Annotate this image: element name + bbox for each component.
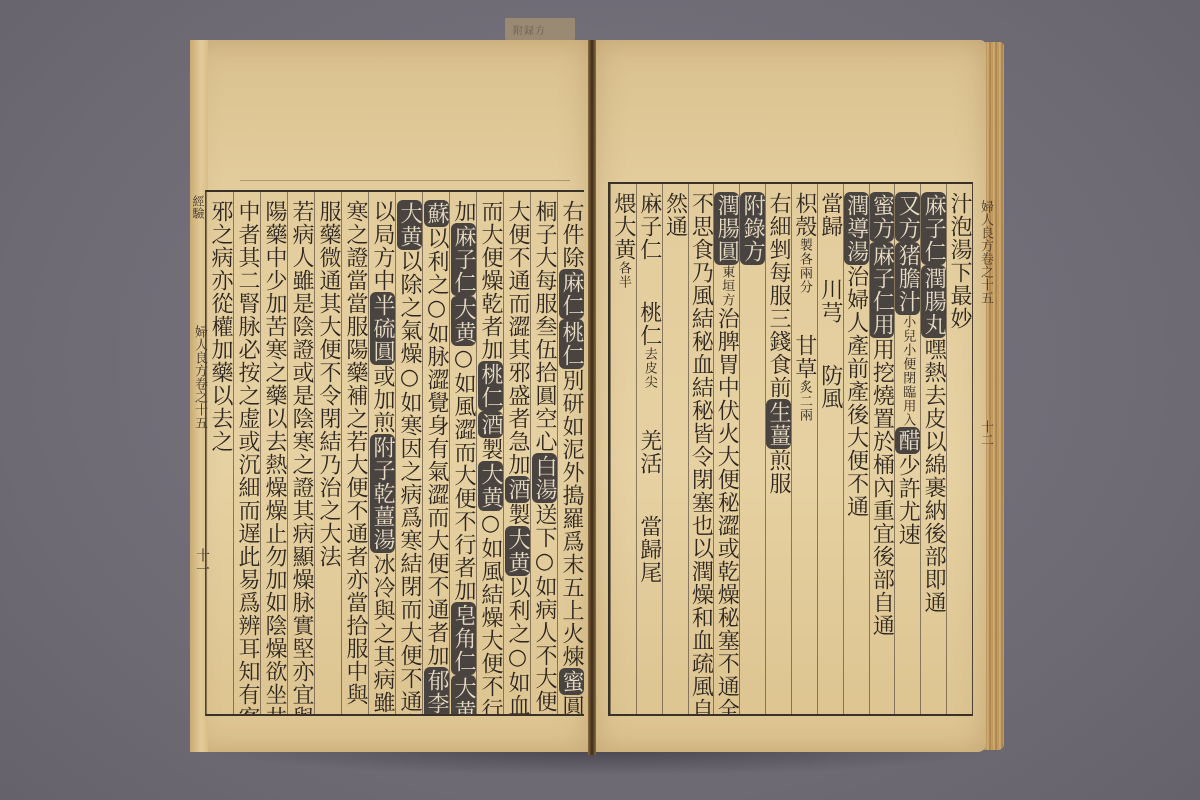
text-run: 汁泡湯下最妙 <box>947 192 972 330</box>
header-rule <box>240 180 570 181</box>
boxed-term: 大黄 <box>505 526 530 576</box>
boxed-term: 潤導湯 <box>844 192 869 265</box>
text-run: 煨大黄 <box>611 192 636 261</box>
boxed-term: 皂角仁 <box>451 602 476 675</box>
text-column: 若病人雖是陰證或是陰寒之證其病顯燥脉實堅亦宜與 <box>287 192 314 714</box>
boxed-term: 半硫圓 <box>370 292 395 365</box>
text-run: 中者其二腎脉必按之虚或沉細而遅此易爲辨耳知有客 <box>235 200 260 714</box>
text-run: 少許尤速 <box>895 454 920 546</box>
text-run: 嘿熱去皮以綿裹納後部即通 <box>921 338 946 614</box>
text-column: 服藥微通其大便不令閉結乃治之大法 <box>314 192 341 714</box>
right-text-frame: 汁泡湯下最妙麻子仁潤腸丸嘿熱去皮以綿裹納後部即通又方猪膽汁小兒小便閉臨用入醋少許… <box>608 182 973 716</box>
text-column: 以局方中半硫圓或加煎附子乾薑湯冰冷與之其病雖陰 <box>368 192 395 714</box>
boxed-term: 郁李仁 <box>424 667 449 714</box>
text-run: 治脾胃中伏火大便秘澀或乾燥秘塞不通全 <box>714 307 739 714</box>
right-folio: 十二 <box>976 420 995 446</box>
text-column: 麻子仁桃仁去皮尖羌活當歸尾 <box>636 184 662 714</box>
text-column: 潤導湯治婦人產前產後大便不通 <box>843 184 869 714</box>
text-column: 邪之病亦從權加藥以去之 <box>206 192 233 714</box>
text-run: 製 <box>478 438 503 461</box>
text-column: 當歸川芎防風 <box>817 184 843 714</box>
text-run: 寒之證當當服陽藥補之若大便不通者亦當拾服中與一 <box>343 200 368 714</box>
boxed-term: 附錄方 <box>740 192 765 265</box>
text-run: ○如風澀而大便不行者加 <box>451 346 476 602</box>
text-column: 又方猪膽汁小兒小便閉臨用入醋少許尤速 <box>894 184 920 714</box>
text-run: 加 <box>451 200 476 223</box>
boxed-term: 麻子仁用 <box>869 242 894 338</box>
text-run: 大便不通而澀其邪盛者急加 <box>505 200 530 476</box>
annotation-note: 各半 <box>616 261 631 289</box>
boxed-term: 白湯 <box>532 453 557 503</box>
text-run: 以局方中 <box>370 200 395 292</box>
left-text-frame: 右件除麻仁桃仁別研如泥外搗羅爲末五上火煉蜜圓如桐子大每服叁伍拾圓空心白湯送下○如… <box>205 190 584 716</box>
text-column: 枳殼製各兩分甘草炙二兩 <box>791 184 817 714</box>
text-column: 麻子仁潤腸丸嘿熱去皮以綿裹納後部即通 <box>920 184 946 714</box>
text-run: 當歸 <box>818 192 843 238</box>
text-run: 麻子仁 <box>637 192 662 261</box>
right-text-columns: 汁泡湯下最妙麻子仁潤腸丸嘿熱去皮以綿裹納後部即通又方猪膽汁小兒小便閉臨用入醋少許… <box>610 184 972 714</box>
boxed-term: 大黄 <box>478 461 503 511</box>
text-run: 以利之○如脉澀覺身有氣澀而大便不通者加 <box>424 227 449 667</box>
boxed-term: 蘇 <box>424 200 449 227</box>
text-run: 然通 <box>663 192 688 238</box>
text-column: 寒之證當當服陽藥補之若大便不通者亦當拾服中與一 <box>341 192 368 714</box>
boxed-term: 大黄 <box>451 296 476 346</box>
boxed-term: 桃仁 <box>559 319 584 369</box>
text-column: 陽藥中少加苦寒之藥以去熱燥燥止勿加如陰燥欲坐井 <box>260 192 287 714</box>
boxed-term: 又方 <box>895 192 920 242</box>
boxed-term: 麻子仁 <box>921 192 946 265</box>
boxed-term: 附子乾薑湯 <box>370 434 395 553</box>
boxed-term: 蜜 <box>559 668 584 695</box>
text-run: 製 <box>505 503 530 526</box>
text-run: 不思食乃風結秘血結秘皆令閉塞也以潤燥和血疏風自 <box>688 192 713 714</box>
text-run: 而大便燥乾者加 <box>478 200 503 361</box>
text-run: 以利之○如血燥 <box>505 576 530 714</box>
annotation-note: 小兒小便閉臨用入 <box>900 315 915 427</box>
text-column: 蘇以利之○如脉澀覺身有氣澀而大便不通者加郁李仁 <box>422 192 449 714</box>
book-shadow <box>195 748 1005 776</box>
text-run: 右細剉每服三錢食前 <box>766 192 791 399</box>
text-run: 防風 <box>818 364 843 410</box>
text-column: 附錄方 <box>739 184 765 714</box>
text-run: 或加煎 <box>370 365 395 434</box>
text-run: 桃仁 <box>637 301 662 347</box>
boxed-term: 醋 <box>895 427 920 454</box>
right-side-title: 婦人良方卷之十五 <box>976 200 995 304</box>
text-run: 枳殼 <box>792 192 817 238</box>
text-column: 桐子大每服叁伍拾圓空心白湯送下○如病人不大便爲 <box>530 192 557 714</box>
text-run: 川芎 <box>818 278 843 324</box>
book-gutter <box>588 40 596 755</box>
tab-label: 附録方 <box>513 22 546 37</box>
text-run: 桐子大每服叁伍拾圓空心 <box>532 200 557 453</box>
text-column: 右細剉每服三錢食前生薑煎服 <box>765 184 791 714</box>
annotation-note: 東垣方 <box>719 265 734 307</box>
text-run: 陽藥中少加苦寒之藥以去熱燥燥止勿加如陰燥欲坐井 <box>262 200 287 714</box>
text-column: 大黄以除之氣燥○如寒因之病爲寒結閉而大便不通者 <box>395 192 422 714</box>
boxed-term: 酒 <box>505 476 530 503</box>
boxed-term: 生薑 <box>766 399 791 449</box>
text-column: 加麻子仁大黄○如風澀而大便不行者加皂角仁大黄秦艽 <box>449 192 476 714</box>
text-column: 潤腸圓東垣方治脾胃中伏火大便秘澀或乾燥秘塞不通全 <box>713 184 739 714</box>
boxed-term: 潤腸丸 <box>921 265 946 338</box>
text-run: 煎服 <box>766 449 791 495</box>
boxed-term: 麻子仁 <box>451 223 476 296</box>
text-run: 別研如泥外搗羅爲末五上火煉 <box>559 369 584 668</box>
text-column: 汁泡湯下最妙 <box>946 184 972 714</box>
left-text-columns: 右件除麻仁桃仁別研如泥外搗羅爲末五上火煉蜜圓如桐子大每服叁伍拾圓空心白湯送下○如… <box>206 192 584 714</box>
text-run: 甘草 <box>792 334 817 380</box>
boxed-term: 麻仁 <box>559 269 584 319</box>
boxed-term: 大黄 <box>397 200 422 250</box>
text-column: 然通 <box>662 184 688 714</box>
text-run: 用挖燒置於桶內重宜後部自通 <box>869 338 894 637</box>
text-run: 送下○如病人不大便爲 <box>532 503 557 714</box>
annotation-note: 製各兩分 <box>797 238 812 294</box>
text-run: 圓如 <box>559 695 584 714</box>
text-column: 而大便燥乾者加桃仁酒製大黄○如風結燥大便不行者 <box>476 192 503 714</box>
boxed-term: 酒 <box>478 411 503 438</box>
text-run: 邪之病亦從權加藥以去之 <box>208 200 233 453</box>
text-column: 蜜方麻子仁用用挖燒置於桶內重宜後部自通 <box>869 184 895 714</box>
text-run: 以除之氣燥○如寒因之病爲寒結閉而大便不通者 <box>397 250 422 714</box>
text-run: 冰冷與之其病雖陰 <box>370 553 395 714</box>
annotation-note: 去皮尖 <box>642 347 657 389</box>
text-run: ○如風結燥大便不行者 <box>478 511 503 714</box>
text-column: 右件除麻仁桃仁別研如泥外搗羅爲末五上火煉蜜圓如 <box>557 192 584 714</box>
text-run: 當歸尾 <box>637 515 662 584</box>
text-run: 若病人雖是陰證或是陰寒之證其病顯燥脉實堅亦宜與 <box>289 200 314 714</box>
boxed-term: 潤腸圓 <box>714 192 739 265</box>
text-column: 中者其二腎脉必按之虚或沉細而遅此易爲辨耳知有客 <box>233 192 260 714</box>
boxed-term: 桃仁 <box>478 361 503 411</box>
text-run: 治婦人產前產後大便不通 <box>844 265 869 518</box>
boxed-term: 大黄秦艽 <box>451 675 476 714</box>
text-run: 服藥微通其大便不令閉結乃治之大法 <box>316 200 341 568</box>
text-column: 不思食乃風結秘血結秘皆令閉塞也以潤燥和血疏風自 <box>688 184 714 714</box>
page-tab: 附録方 <box>505 18 575 40</box>
text-column: 煨大黄各半 <box>610 184 636 714</box>
text-run: 右件除 <box>559 200 584 269</box>
text-column: 大便不通而澀其邪盛者急加酒製大黄以利之○如血燥 <box>503 192 530 714</box>
annotation-note: 炙二兩 <box>797 380 812 422</box>
boxed-term: 猪膽汁 <box>895 242 920 315</box>
boxed-term: 蜜方 <box>869 192 894 242</box>
text-run: 羌活 <box>637 429 662 475</box>
